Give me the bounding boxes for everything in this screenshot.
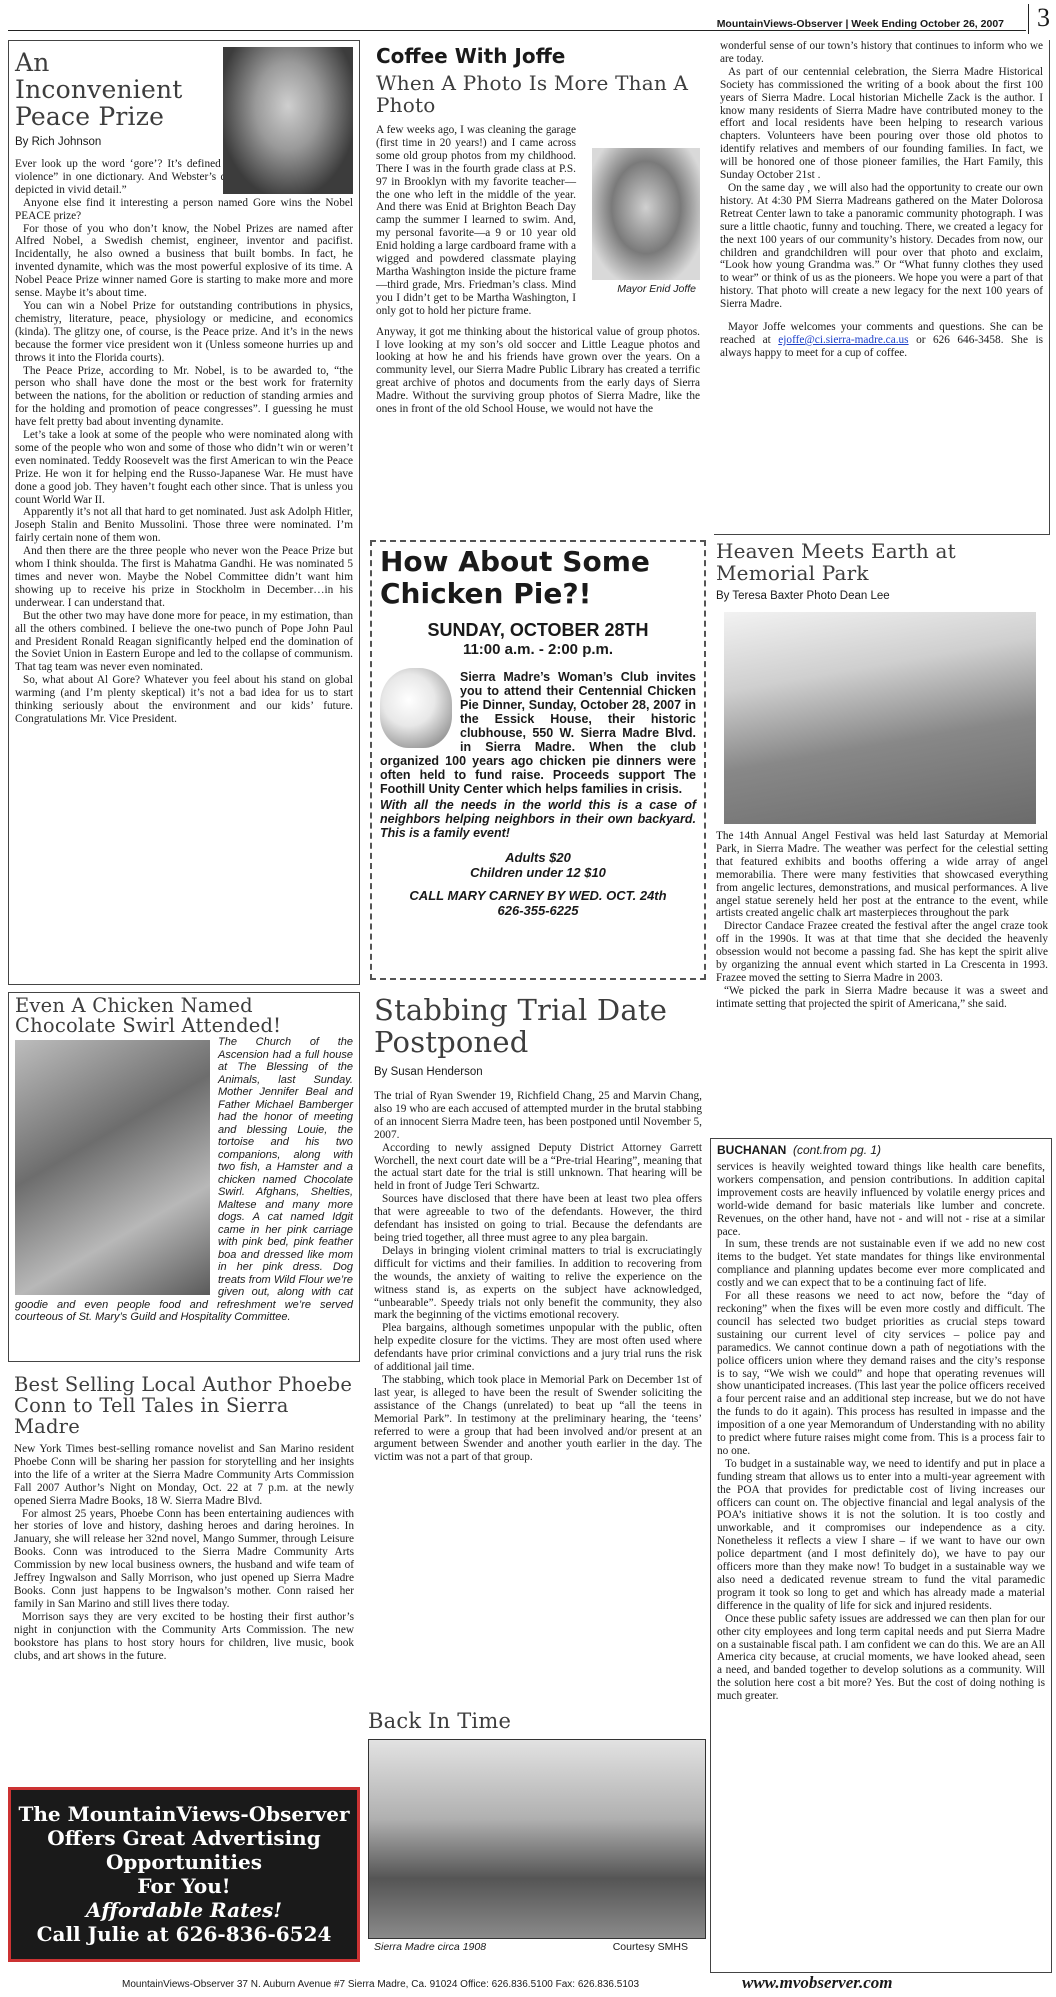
paragraph: You can win a Nobel Prize for outstandin… [15,300,353,365]
article-body: Ever look up the word ‘gore’? It’s defin… [15,158,353,726]
article-peace-prize: An Inconvenient Peace Prize By Rich John… [8,40,360,985]
article-coffee-with-joffe-continued: wonderful sense of our town’s history th… [714,40,1050,535]
ad-line: The MountainViews-Observer [11,1802,357,1826]
photo-credit: Courtesy SMHS [613,1941,688,1953]
paragraph: Plea bargains, although sometimes unpopu… [374,1322,702,1374]
paragraph: Director Candace Frazee created the fest… [716,920,1048,985]
continued-note: (cont.from pg. 1) [793,1143,881,1157]
paragraph: “We picked the park in Sierra Madre beca… [716,985,1048,1011]
call-info: CALL MARY CARNEY BY WED. OCT. 24th [380,888,696,903]
paragraph: For all these reasons we need to act now… [717,1290,1045,1458]
headline: When A Photo Is More Than A Photo [376,72,700,116]
paragraph: services is heavily weighted toward thin… [717,1161,1045,1238]
article-buchanan: BUCHANAN (cont.from pg. 1) services is h… [710,1138,1052,1973]
paragraph: And then there are the three people who … [15,545,353,610]
article-chicken-swirl: Even A Chicken Named Chocolate Swirl Att… [8,992,360,1362]
chicken-icon [380,668,452,748]
masthead-rule [8,30,1026,31]
paragraph: The Peace Prize, according to Mr. Nobel,… [15,365,353,430]
paragraph: Anyway, it got me thinking about the his… [376,326,700,416]
price-children: Children under 12 $10 [380,865,696,880]
article-phoebe-conn: Best Selling Local Author Phoebe Conn to… [8,1370,360,1780]
paragraph: Morrison says they are very excited to b… [14,1611,354,1663]
paragraph: To budget in a sustainable way, we need … [717,1458,1045,1613]
article-body: The 14th Annual Angel Festival was held … [716,830,1048,1011]
masthead-title: MountainViews-Observer | Week Ending Oct… [717,18,1004,30]
website-link[interactable]: www.mvobserver.com [742,1973,892,1993]
ad-line: Affordable Rates! [11,1898,357,1922]
article-body: The trial of Ryan Swender 19, Richfield … [374,1090,702,1464]
byline: By Teresa Baxter Photo Dean Lee [716,590,1048,602]
paragraph: Anyone else find it interesting a person… [15,197,353,223]
page-number: 3 [1028,4,1050,34]
call-phone: 626-355-6225 [380,903,696,918]
event-tagline: With all the needs in the world this is … [380,798,696,840]
photo-caption: Sierra Madre circa 1908 [374,1941,486,1953]
paragraph: As part of our centennial celebration, t… [720,66,1043,182]
ad-line: Offers Great Advertising [11,1826,357,1850]
headline: An Inconvenient Peace Prize [15,49,215,130]
advertising-ad: The MountainViews-Observer Offers Great … [8,1787,360,1962]
paragraph: Once these public safety issues are addr… [717,1613,1045,1703]
chicken-pie-ad: How About Some Chicken Pie?! SUNDAY, OCT… [370,540,706,980]
mayor-photo [592,148,700,280]
headline: Best Selling Local Author Phoebe Conn to… [14,1374,354,1437]
blessing-photo [15,1040,210,1295]
paragraph: For almost 25 years, Phoebe Conn has bee… [14,1508,354,1611]
paragraph: But the other two may have done more for… [15,610,353,675]
event-date: SUNDAY, OCTOBER 28TH [380,620,696,641]
headline: Back In Time [368,1709,706,1733]
ad-line: Opportunities [11,1850,357,1874]
headline: Even A Chicken Named Chocolate Swirl Att… [15,996,353,1036]
event-time: 11:00 a.m. - 2:00 p.m. [380,641,696,658]
price-adults: Adults $20 [380,850,696,865]
paragraph: The 14th Annual Angel Festival was held … [716,830,1048,920]
article-body: services is heavily weighted toward thin… [717,1161,1045,1703]
headline: Heaven Meets Earth at Memorial Park [716,540,1048,584]
headline: Stabbing Trial Date Postponed [374,994,702,1058]
paragraph: The stabbing, which took place in Memori… [374,1374,702,1464]
article-body: A few weeks ago, I was cleaning the gara… [376,124,576,318]
paragraph: New York Times best-selling romance nove… [14,1443,354,1508]
paragraph: In sum, these trends are not sustainable… [717,1238,1045,1290]
email-link[interactable]: ejoffe@ci.sierra-madre.ca.us [778,334,908,346]
footer-info: MountainViews-Observer 37 N. Auburn Aven… [122,1979,639,1990]
article-stabbing-trial: Stabbing Trial Date Postponed By Susan H… [370,990,706,1702]
author-photo [223,47,353,194]
paragraph: wonderful sense of our town’s history th… [720,40,1043,66]
masthead: MountainViews-Observer | Week Ending Oct… [0,0,1056,34]
article-heaven-meets-earth: Heaven Meets Earth at Memorial Park By T… [714,540,1050,1130]
label: BUCHANAN [717,1143,786,1157]
paragraph: For those of you who don’t know, the Nob… [15,223,353,300]
paragraph: On the same day , we will also had the o… [720,182,1043,311]
byline: By Susan Henderson [374,1066,702,1078]
back-in-time: Back In Time Sierra Madre circa 1908 Cou… [366,1705,708,1967]
paragraph: Let’s take a look at some of the people … [15,429,353,506]
ad-line: For You! [11,1874,357,1898]
paragraph: So, what about Al Gore? Whatever you fee… [15,674,353,726]
article-coffee-with-joffe: Coffee With Joffe When A Photo Is More T… [370,40,706,535]
article-label: BUCHANAN (cont.from pg. 1) [717,1143,1045,1157]
paragraph: The trial of Ryan Swender 19, Richfield … [374,1090,702,1142]
paragraph: A few weeks ago, I was cleaning the gara… [376,124,576,318]
column-title: Coffee With Joffe [376,44,700,68]
footer: MountainViews-Observer 37 N. Auburn Aven… [0,1970,1056,1997]
ad-phone: Call Julie at 626-836-6524 [11,1922,357,1946]
ad-title: How About Some Chicken Pie?! [380,546,696,610]
article-body-cont: Anyway, it got me thinking about the his… [376,326,700,416]
paragraph: Delays in bringing violent criminal matt… [374,1245,702,1322]
article-body: New York Times best-selling romance nove… [14,1443,354,1662]
paragraph: According to newly assigned Deputy Distr… [374,1142,702,1194]
photo-caption: Mayor Enid Joffe [617,283,696,295]
paragraph: Sources have disclosed that there have b… [374,1193,702,1245]
angel-festival-photo [724,612,1036,824]
paragraph: Apparently it’s not all that hard to get… [15,506,353,545]
historic-photo [368,1739,706,1939]
article-body: wonderful sense of our town’s history th… [720,40,1043,360]
